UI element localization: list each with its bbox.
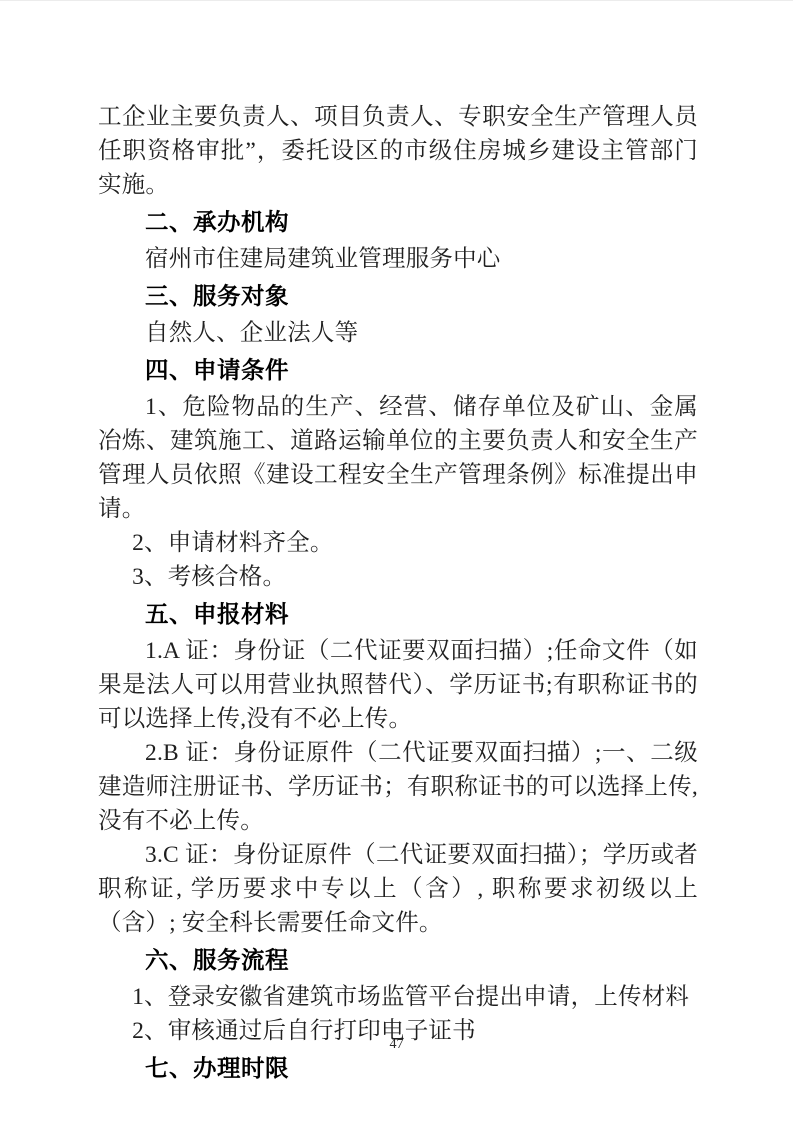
condition-item-3: 3、考核合格。 [98,560,698,594]
body-paragraph-organization: 宿州市住建局建筑业管理服务中心 [98,242,698,276]
condition-item-2: 2、申请材料齐全。 [98,526,698,560]
document-page: 工企业主要负责人、项目负责人、专职安全生产管理人员任职资格审批”，委托设区的市级… [0,0,793,1123]
section-heading-7-banli-shixian: 七、办理时限 [98,1051,698,1085]
condition-item-1: 1、危险物品的生产、经营、储存单位及矿山、金属冶炼、建筑施工、道路运输单位的主要… [98,390,698,526]
section-heading-4-shenqing-tiaojian: 四、申请条件 [98,353,698,387]
section-heading-3-fuwu-duixiang: 三、服务对象 [98,279,698,313]
process-step-1: 1、登录安徽省建筑市场监管平台提出申请，上传材料 [98,980,698,1014]
material-item-a-cert: 1.A 证：身份证（二代证要双面扫描）;任命文件（如果是法人可以用营业执照替代）… [98,634,698,736]
document-body: 工企业主要负责人、项目负责人、专职安全生产管理人员任职资格审批”，委托设区的市级… [98,100,698,1088]
page-number: 47 [0,1037,793,1053]
section-heading-2-chengban-jigou: 二、承办机构 [98,205,698,239]
material-item-c-cert: 3.C 证：身份证原件（二代证要双面扫描）；学历或者职称证, 学历要求中专以上（… [98,838,698,940]
section-heading-6-fuwu-liucheng: 六、服务流程 [98,943,698,977]
section-heading-5-shenbao-cailiao: 五、申报材料 [98,597,698,631]
material-item-b-cert: 2.B 证：身份证原件（二代证要双面扫描）;一、二级建造师注册证书、学历证书；有… [98,736,698,838]
body-paragraph-service-targets: 自然人、企业法人等 [98,316,698,350]
continued-paragraph: 工企业主要负责人、项目负责人、专职安全生产管理人员任职资格审批”，委托设区的市级… [98,100,698,202]
